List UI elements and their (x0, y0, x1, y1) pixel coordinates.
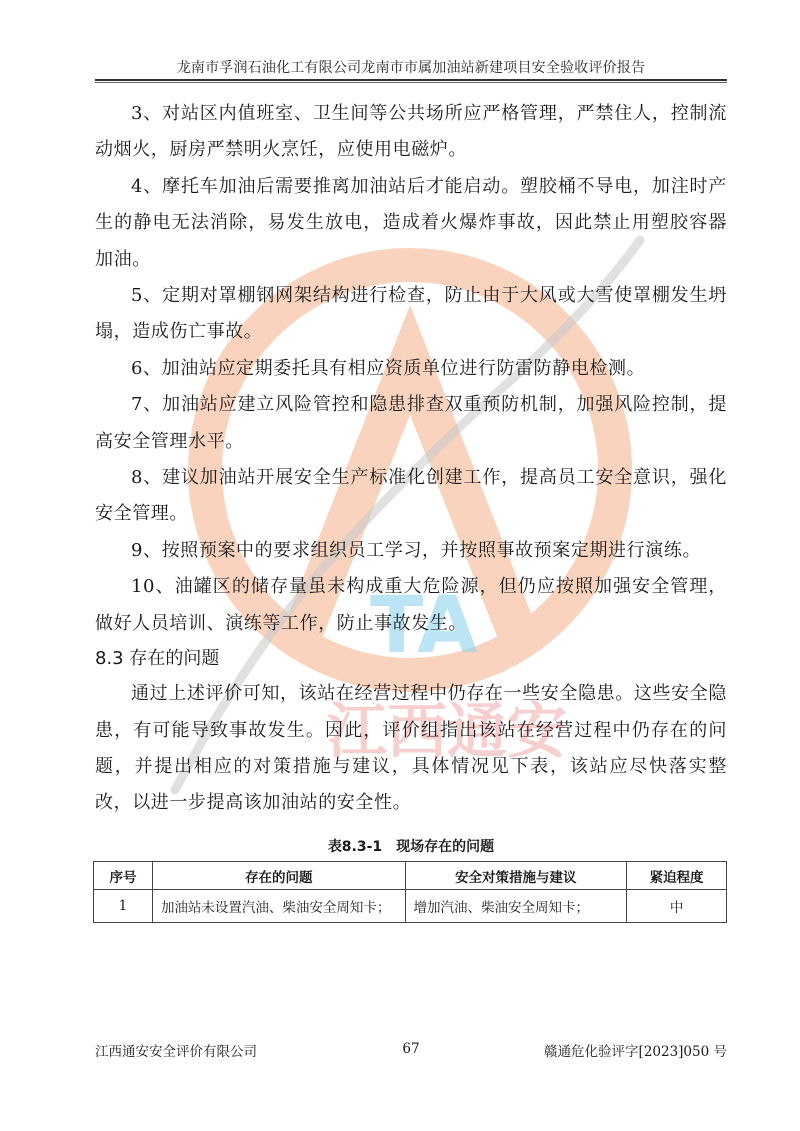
body-content: 3、对站区内值班室、卫生间等公共场所应严格管理，严禁住人，控制流动烟火，厨房严禁… (95, 96, 727, 822)
table-header-row: 序号 存在的问题 安全对策措施与建议 紧迫程度 (94, 862, 727, 890)
document-page: TA 江西通安 龙南市孚润石油化工有限公司龙南市市属加油站新建项目安全验收评价报… (0, 0, 800, 1131)
cell-index: 1 (94, 890, 153, 923)
recommendation-8: 8、建议加油站开展安全生产标准化创建工作，提高员工安全意识，强化安全管理。 (95, 460, 727, 533)
header-rule (95, 79, 727, 81)
recommendation-5: 5、定期对罩棚钢网架结构进行检查，防止由于大风或大雪使罩棚发生坍塌，造成伤亡事故… (95, 278, 727, 351)
col-header-index: 序号 (94, 862, 153, 890)
header-rule-thin (95, 82, 727, 83)
recommendation-10: 10、油罐区的储存量虽未构成重大危险源，但仍应按照加强安全管理，做好人员培训、演… (95, 569, 727, 642)
footer-report-number: 赣通危化验评字[2023]050 号 (544, 1040, 727, 1060)
recommendation-4: 4、摩托车加油后需要推离加油站后才能启动。塑胶桶不导电，加注时产生的静电无法消除… (95, 169, 727, 278)
page-footer: 江西通安安全评价有限公司 67 赣通危化验评字[2023]050 号 (95, 1040, 727, 1060)
recommendation-9: 9、按照预案中的要求组织员工学习，并按照事故预案定期进行演练。 (95, 533, 727, 569)
cell-issue: 加油站未设置汽油、柴油安全周知卡； (152, 890, 405, 923)
recommendation-7: 7、加油站应建立风险管控和隐患排查双重预防机制，加强风险控制，提高安全管理水平。 (95, 387, 727, 460)
col-header-issue: 存在的问题 (152, 862, 405, 890)
report-header-title: 龙南市孚润石油化工有限公司龙南市市属加油站新建项目安全验收评价报告 (95, 57, 727, 77)
table-row: 1 加油站未设置汽油、柴油安全周知卡； 增加汽油、柴油安全周知卡； 中 (94, 890, 727, 923)
recommendation-3: 3、对站区内值班室、卫生间等公共场所应严格管理，严禁住人，控制流动烟火，厨房严禁… (95, 96, 727, 169)
cell-urgency: 中 (627, 890, 727, 923)
cell-measures: 增加汽油、柴油安全周知卡； (405, 890, 627, 923)
section-heading: 8.3 存在的问题 (95, 642, 727, 676)
section-intro: 通过上述评价可知，该站在经营过程中仍存在一些安全隐患。这些安全隐患，有可能导致事… (95, 676, 727, 822)
col-header-urgency: 紧迫程度 (627, 862, 727, 890)
table-caption: 表8.3-1 现场存在的问题 (95, 836, 727, 856)
col-header-measures: 安全对策措施与建议 (405, 862, 627, 890)
issues-table: 序号 存在的问题 安全对策措施与建议 紧迫程度 1 加油站未设置汽油、柴油安全周… (93, 861, 727, 923)
recommendation-6: 6、加油站应定期委托具有相应资质单位进行防雷防静电检测。 (95, 351, 727, 387)
